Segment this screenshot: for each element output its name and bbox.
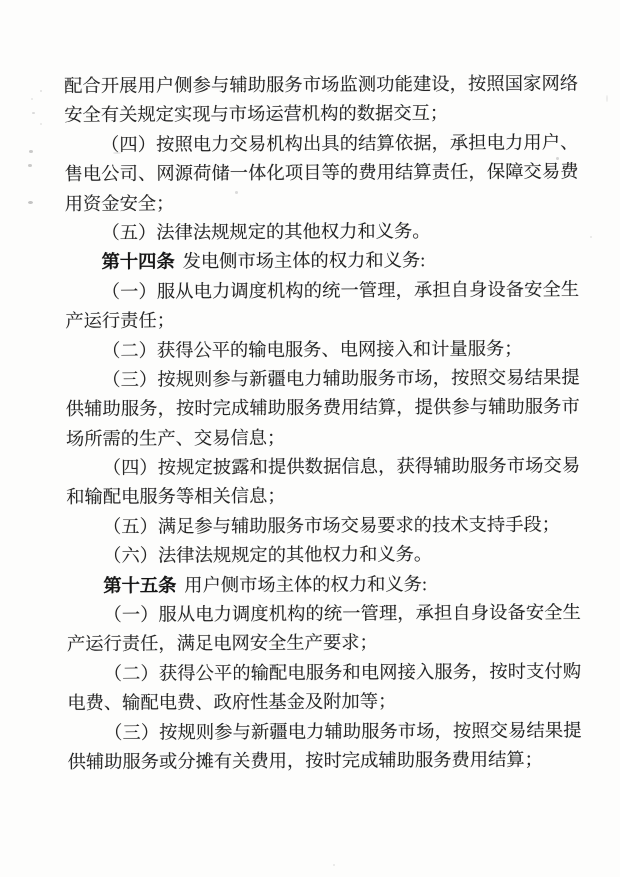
scan-speckle: [606, 95, 608, 102]
text-line: （二）获得公平的输电服务、电网接入和计量服务；: [65, 334, 579, 366]
text-line: （五）法律法规规定的其他权力和义务。: [65, 216, 579, 248]
text-line: （一）服从电力调度机构的统一管理，承担自身设备安全生: [67, 598, 581, 630]
scan-speckle: [29, 150, 33, 153]
text-line: 电费、输配电费、政府性基金及附加等；: [67, 687, 581, 719]
scan-speckle: [333, 864, 335, 866]
text-line: 售电公司、网源荷储一体化项目等的费用结算责任，保障交易费: [64, 157, 578, 189]
text-line: 配合开展用户侧参与辅助服务市场监测功能建设，按照国家网络: [64, 69, 578, 101]
text-line: 安全有关规定实现与市场运营机构的数据交互；: [64, 99, 578, 131]
text-line: （六）法律法规规定的其他权力和义务。: [66, 540, 580, 572]
line-text: （四）按照电力交易机构出具的结算依据，承担电力用户、: [101, 132, 579, 154]
text-line: 用资金安全；: [65, 187, 579, 219]
line-text: （五）法律法规规定的其他权力和义务。: [101, 221, 430, 243]
scan-speckle: [235, 191, 238, 194]
text-line: 产运行责任；: [65, 304, 579, 336]
article-number: 第十五条: [103, 575, 176, 595]
line-text: 产运行责任，满足电网安全生产要求；: [67, 633, 378, 655]
text-line: 第十五条 用户侧市场主体的权力和义务:: [67, 569, 581, 601]
document-scan: 配合开展用户侧参与辅助服务市场监测功能建设，按照国家网络安全有关规定实现与市场运…: [0, 0, 620, 877]
text-line: （三）按规则参与新疆电力辅助服务市场，按照交易结果提: [67, 716, 581, 748]
line-text: （四）按规定披露和提供数据信息，获得辅助服务市场交易: [103, 455, 581, 477]
line-text: （三）按规则参与新疆电力辅助服务市场，按照交易结果提: [102, 367, 580, 389]
line-text: （二）获得公平的输配电服务和电网接入服务，按时支付购: [104, 661, 582, 683]
scan-speckle: [40, 123, 42, 125]
page: { "page": { "kind": "scanned-document-pa…: [0, 0, 620, 877]
line-text: 配合开展用户侧参与辅助服务市场监测功能建设，按照国家网络: [64, 73, 578, 96]
line-text: 售电公司、网源荷储一体化项目等的费用结算责任，保障交易费: [64, 161, 578, 184]
line-text: 安全有关规定实现与市场运营机构的数据交互；: [64, 103, 448, 125]
text-line: （四）按照电力交易机构出具的结算依据，承担电力用户、: [64, 128, 578, 160]
scan-speckle: [28, 164, 32, 167]
line-text: （一）服从电力调度机构的统一管理，承担自身设备安全生: [102, 279, 580, 301]
text-line: （一）服从电力调度机构的统一管理，承担自身设备安全生: [65, 275, 579, 307]
text-block: 配合开展用户侧参与辅助服务市场监测功能建设，按照国家网络安全有关规定实现与市场运…: [64, 69, 582, 777]
line-text: 和输配电服务等相关信息；: [66, 486, 285, 507]
text-line: 和输配电服务等相关信息；: [66, 481, 580, 513]
text-line: （二）获得公平的输配电服务和电网接入服务，按时支付购: [67, 657, 581, 689]
line-text: （六）法律法规规定的其他权力和义务。: [103, 544, 432, 566]
text-line: （四）按规定披露和提供数据信息，获得辅助服务市场交易: [66, 451, 580, 483]
scan-speckle: [40, 90, 42, 92]
line-text: 产运行责任；: [65, 311, 175, 332]
text-line: 场所需的生产、交易信息；: [66, 422, 580, 454]
scan-speckle: [31, 98, 33, 100]
text-line: 供辅助服务，按时完成辅助服务费用结算，提供参与辅助服务市: [66, 393, 580, 425]
scan-speckle: [28, 201, 33, 204]
scan-speckle: [556, 157, 559, 160]
article-number: 第十四条: [102, 252, 175, 272]
line-text: 用资金安全；: [65, 193, 175, 214]
scan-speckle: [590, 236, 592, 238]
line-text: （二）获得公平的输电服务、电网接入和计量服务；: [102, 338, 523, 360]
line-text: （三）按规则参与新疆电力辅助服务市场，按照交易结果提: [104, 720, 582, 742]
scan-speckle: [32, 112, 35, 114]
text-line: 第十四条 发电侧市场主体的权力和义务:: [65, 246, 579, 278]
line-text: （五）满足参与辅助服务市场交易要求的技术支持手段；: [103, 514, 560, 536]
line-text: （一）服从电力调度机构的统一管理，承担自身设备安全生: [103, 602, 581, 624]
line-text: 供辅助服务或分摊有关费用，按时完成辅助服务费用结算；: [68, 749, 543, 771]
text-line: 产运行责任，满足电网安全生产要求；: [67, 628, 581, 660]
text-line: （三）按规则参与新疆电力辅助服务市场，按照交易结果提: [66, 363, 580, 395]
line-text: 电费、输配电费、政府性基金及附加等；: [67, 691, 396, 713]
scan-speckle: [113, 152, 121, 154]
line-text: 场所需的生产、交易信息；: [66, 428, 285, 449]
text-line: （五）满足参与辅助服务市场交易要求的技术支持手段；: [66, 510, 580, 542]
text-line: 供辅助服务或分摊有关费用，按时完成辅助服务费用结算；: [68, 745, 582, 777]
line-text: 用户侧市场主体的权力和义务:: [180, 574, 427, 595]
line-text: 供辅助服务，按时完成辅助服务费用结算，提供参与辅助服务市: [66, 397, 580, 420]
line-text: 发电侧市场主体的权力和义务:: [178, 250, 425, 271]
